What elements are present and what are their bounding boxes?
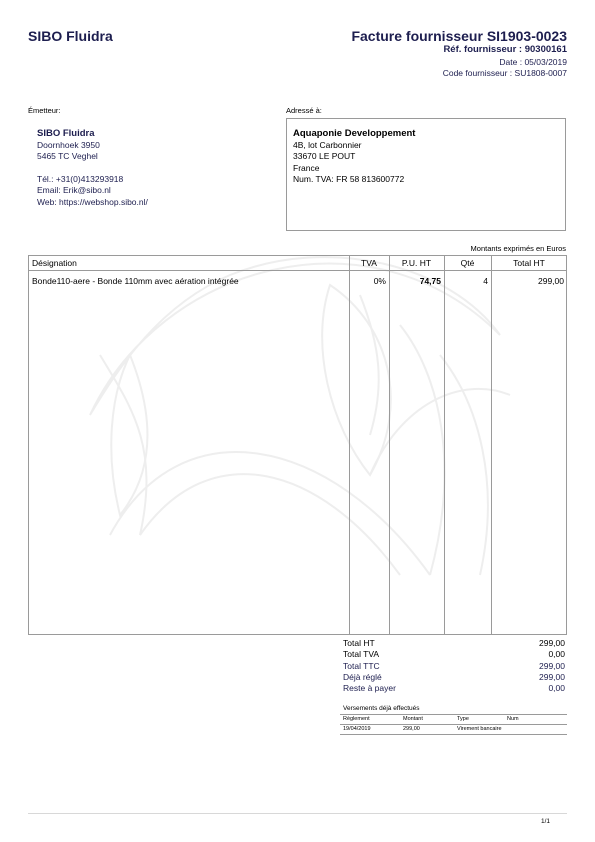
sender-web: Web: https://webshop.sibo.nl/ [37,197,148,209]
row-qty: 4 [444,275,488,288]
row-designation: Bonde110-aere - Bonde 110mm avec aératio… [32,275,239,288]
sender-name: SIBO Fluidra [37,128,148,140]
sender-address-line2: 5465 TC Veghel [37,151,148,163]
already-paid-label: Déjà réglé [343,672,382,683]
row-pu-ht: 74,75 [389,275,441,288]
already-paid-row: Déjà réglé 299,00 [343,672,565,683]
currency-note: Montants exprimés en Euros [471,244,566,253]
supplier-ref: Réf. fournisseur : 90300161 [443,44,567,55]
total-tva-label: Total TVA [343,649,379,660]
company-title: SIBO Fluidra [28,28,113,44]
invoice-title: Facture fournisseur SI1903-0023 [351,28,567,44]
remaining-label: Reste à payer [343,683,396,694]
footer-divider [28,813,567,814]
col-header-total-ht: Total HT [491,257,567,270]
recipient-address-line2: 33670 LE POUT [293,151,415,163]
already-paid-value: 299,00 [539,672,565,683]
payment-date: 19/04/2019 [343,726,371,732]
sender-phone: Tél.: +31(0)413293918 [37,174,148,186]
payments-table: Règlement Montant Type Num 19/04/2019 29… [340,714,567,735]
payments-col-num: Num [507,716,519,722]
total-ht-label: Total HT [343,638,375,649]
remaining-row: Reste à payer 0,00 [343,683,565,694]
sender-label: Émetteur: [28,106,61,115]
total-ht-value: 299,00 [539,638,565,649]
invoice-lines-table: Désignation TVA P.U. HT Qté Total HT Bon… [28,255,567,635]
sender-block: SIBO Fluidra Doornhoek 3950 5465 TC Vegh… [28,118,278,213]
sender-address-line1: Doornhoek 3950 [37,140,148,152]
total-ttc-value: 299,00 [539,661,565,672]
remaining-value: 0,00 [548,683,565,694]
payments-title: Versements déjà effectués [343,705,419,712]
payment-type: Virement bancaire [457,726,502,732]
payments-header-row: Règlement Montant Type Num [340,714,567,725]
row-total-ht: 299,00 [491,275,564,288]
payments-col-date: Règlement [343,716,370,722]
col-header-designation: Désignation [32,257,77,270]
payments-col-type: Type [457,716,469,722]
payments-col-amount: Montant [403,716,423,722]
col-header-qty: Qté [444,257,491,270]
recipient-name: Aquaponie Developpement [293,128,415,140]
invoice-date: Date : 05/03/2019 [499,57,567,67]
total-ttc-row: Total TTC 299,00 [343,661,565,672]
recipient-label: Adressé à: [286,106,322,115]
total-ht-row: Total HT 299,00 [343,638,565,649]
page-number: 1/1 [541,818,550,825]
sender-email: Email: Erik@sibo.nl [37,185,148,197]
recipient-country: France [293,163,415,175]
recipient-address-line1: 4B, lot Carbonnier [293,140,415,152]
col-header-tva: TVA [349,257,389,270]
recipient-vat: Num. TVA: FR 58 813600772 [293,174,415,186]
table-row: 19/04/2019 299,00 Virement bancaire [340,725,567,735]
totals-block: Total HT 299,00 Total TVA 0,00 Total TTC… [343,638,565,694]
total-tva-value: 0,00 [548,649,565,660]
payment-amount: 299,00 [403,726,420,732]
col-header-pu-ht: P.U. HT [389,257,444,270]
total-ttc-label: Total TTC [343,661,380,672]
recipient-block: Aquaponie Developpement 4B, lot Carbonni… [286,118,566,231]
supplier-code: Code fournisseur : SU1808-0007 [443,68,567,78]
total-tva-row: Total TVA 0,00 [343,649,565,660]
row-tva: 0% [349,275,386,288]
